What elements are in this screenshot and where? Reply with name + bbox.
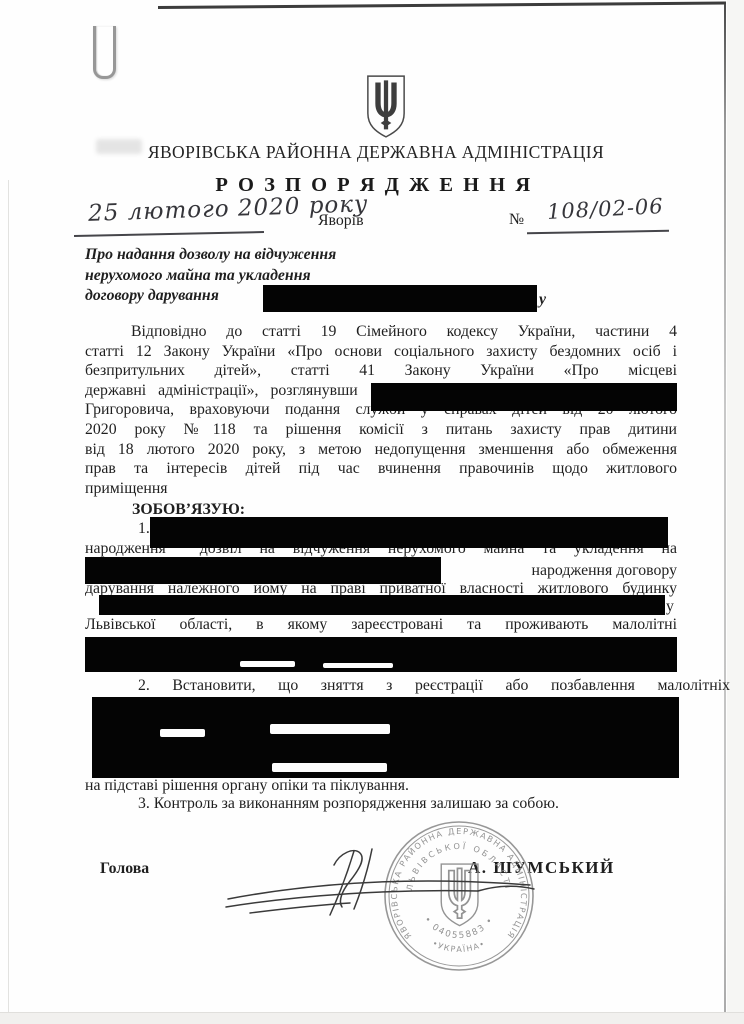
redaction-bar: [85, 557, 441, 584]
item3-line: 3. Контроль за виконанням розпорядження …: [85, 794, 730, 814]
signature: [222, 845, 542, 923]
number-label: №: [509, 210, 524, 230]
item1-line: народження договору: [440, 561, 677, 581]
paragraph-line: прав та інтересів дітей під час вчинення…: [85, 459, 677, 479]
redaction-gap: [323, 663, 393, 668]
item2-line: на підставі рішення органу опіки та пікл…: [85, 776, 677, 796]
scan-edge-top: [158, 2, 726, 9]
redaction-gap: [270, 724, 390, 734]
paragraph-line: 2020 року №118 та рішення комісії з пита…: [85, 420, 677, 440]
paragraph-line: приміщення: [85, 479, 677, 499]
subject-line: Про надання дозволу на відчуження: [85, 245, 565, 266]
redaction-gap: [240, 661, 295, 667]
coat-of-arms-icon: [364, 75, 408, 139]
item1-marker: 1.: [85, 519, 150, 539]
org-name: ЯВОРІВСЬКА РАЙОННА ДЕРЖАВНА АДМІНІСТРАЦІ…: [0, 142, 744, 163]
svg-text:•УКРАЇНА•: •УКРАЇНА•: [431, 939, 487, 954]
document-type-title: Р О З П О Р Я Д Ж Е Н Н Я: [0, 174, 744, 197]
redaction-bar: [371, 383, 677, 411]
item1-line: Львівської області, в якому зареєстрован…: [85, 615, 677, 635]
subject-line: нерухомого майна та укладення: [85, 266, 565, 287]
redaction-tail-glyph: у: [666, 597, 674, 617]
signer-title: Голова: [100, 860, 149, 878]
redaction-bar: [150, 517, 668, 548]
city-name: Яворів: [318, 211, 364, 231]
scan-edge-left: [8, 180, 9, 1012]
redaction-bar: [99, 595, 665, 615]
paragraph-line: від 18 лютого 2020 року, з метою недопущ…: [85, 440, 677, 460]
redaction-gap: [160, 729, 205, 737]
redaction-bar: [263, 285, 537, 312]
scanned-document-page: ЯВОРІВСЬКА РАЙОННА ДЕРЖАВНА АДМІНІСТРАЦІ…: [0, 0, 744, 1024]
scanner-bed-bottom: [0, 1012, 744, 1024]
redaction-block: [92, 697, 679, 778]
date-underline: [74, 231, 264, 237]
redaction-bar: [85, 637, 677, 672]
paragraph-line: Відповідно до статті 19 Сімейного кодекс…: [85, 322, 677, 342]
handwritten-number: 108/02-06: [546, 194, 664, 224]
paragraph-line: статті 12 Закону України «Про основи соц…: [85, 342, 677, 362]
redaction-gap: [272, 763, 387, 772]
paragraph-line: безпритульних дітей», статті 41 Закону У…: [85, 361, 677, 381]
number-underline: [527, 230, 669, 234]
item2-line: 2. Встановити, що зняття з реєстрації аб…: [85, 676, 730, 696]
paperclip-icon: [93, 26, 116, 79]
redaction-tail-glyph: у: [539, 290, 546, 310]
stamp-country-text: •УКРАЇНА•: [431, 939, 487, 954]
